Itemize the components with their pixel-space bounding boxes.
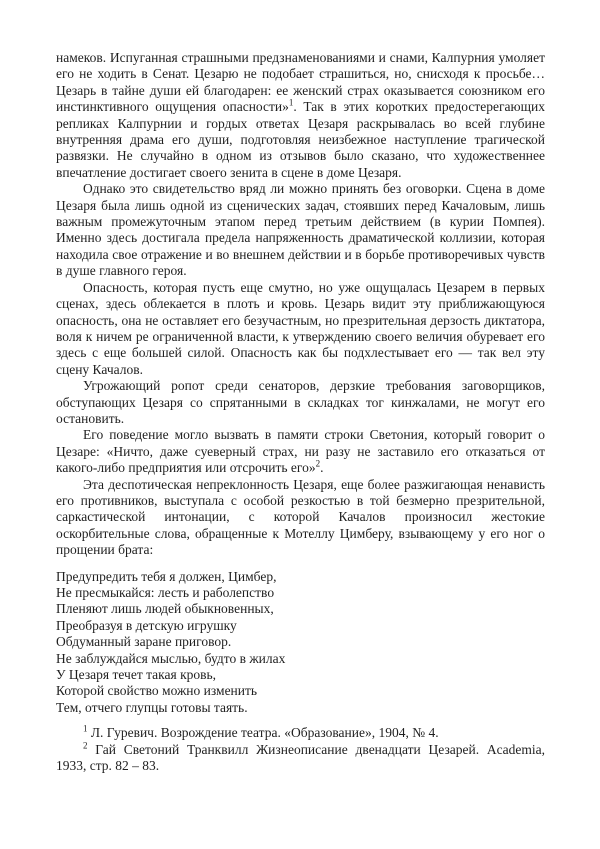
verse-line: Которой свойство можно изменить	[56, 683, 545, 699]
paragraph: Эта деспотическая непреклонность Цезаря,…	[56, 477, 545, 559]
paragraph: Угрожающий ропот среди сенаторов, дерзки…	[56, 378, 545, 427]
verse-line: У Цезаря течет такая кровь,	[56, 667, 545, 683]
verse-line: Обдуманный заране приговор.	[56, 634, 545, 650]
paragraph: намеков. Испуганная страшными предзнамен…	[56, 50, 545, 181]
verse-block: Предупредить тебя я должен, Цимбер,Не пр…	[56, 569, 545, 717]
verse-line: Тем, отчего глупцы готовы таять.	[56, 700, 545, 716]
paragraph: Его поведение могло вызвать в памяти стр…	[56, 427, 545, 476]
body-paragraphs: намеков. Испуганная страшными предзнамен…	[56, 50, 545, 559]
footnote: 2 Гай Светоний Транквилл Жизнеописание д…	[56, 742, 545, 775]
paragraph: Однако это свидетельство вряд ли можно п…	[56, 181, 545, 279]
verse-line: Пленяют лишь людей обыкновенных,	[56, 601, 545, 617]
verse-line: Не пресмыкайся: лесть и раболепство	[56, 585, 545, 601]
book-page: намеков. Испуганная страшными предзнамен…	[0, 0, 600, 849]
verse-line: Не заблуждайся мыслью, будто в жилах	[56, 651, 545, 667]
paragraph: Опасность, которая пусть еще смутно, но …	[56, 280, 545, 378]
footnote-reference: 2	[316, 459, 321, 469]
verse-line: Предупредить тебя я должен, Цимбер,	[56, 569, 545, 585]
verse-line: Преобразуя в детскую игрушку	[56, 618, 545, 634]
footnote-marker: 1	[83, 724, 88, 734]
footnotes-block: 1 Л. Гуревич. Возрождение театра. «Образ…	[56, 725, 545, 774]
footnote-marker: 2	[83, 740, 88, 750]
page-text-block: намеков. Испуганная страшными предзнамен…	[56, 50, 545, 774]
footnote: 1 Л. Гуревич. Возрождение театра. «Образ…	[56, 725, 545, 741]
footnote-reference: 1	[289, 98, 294, 108]
